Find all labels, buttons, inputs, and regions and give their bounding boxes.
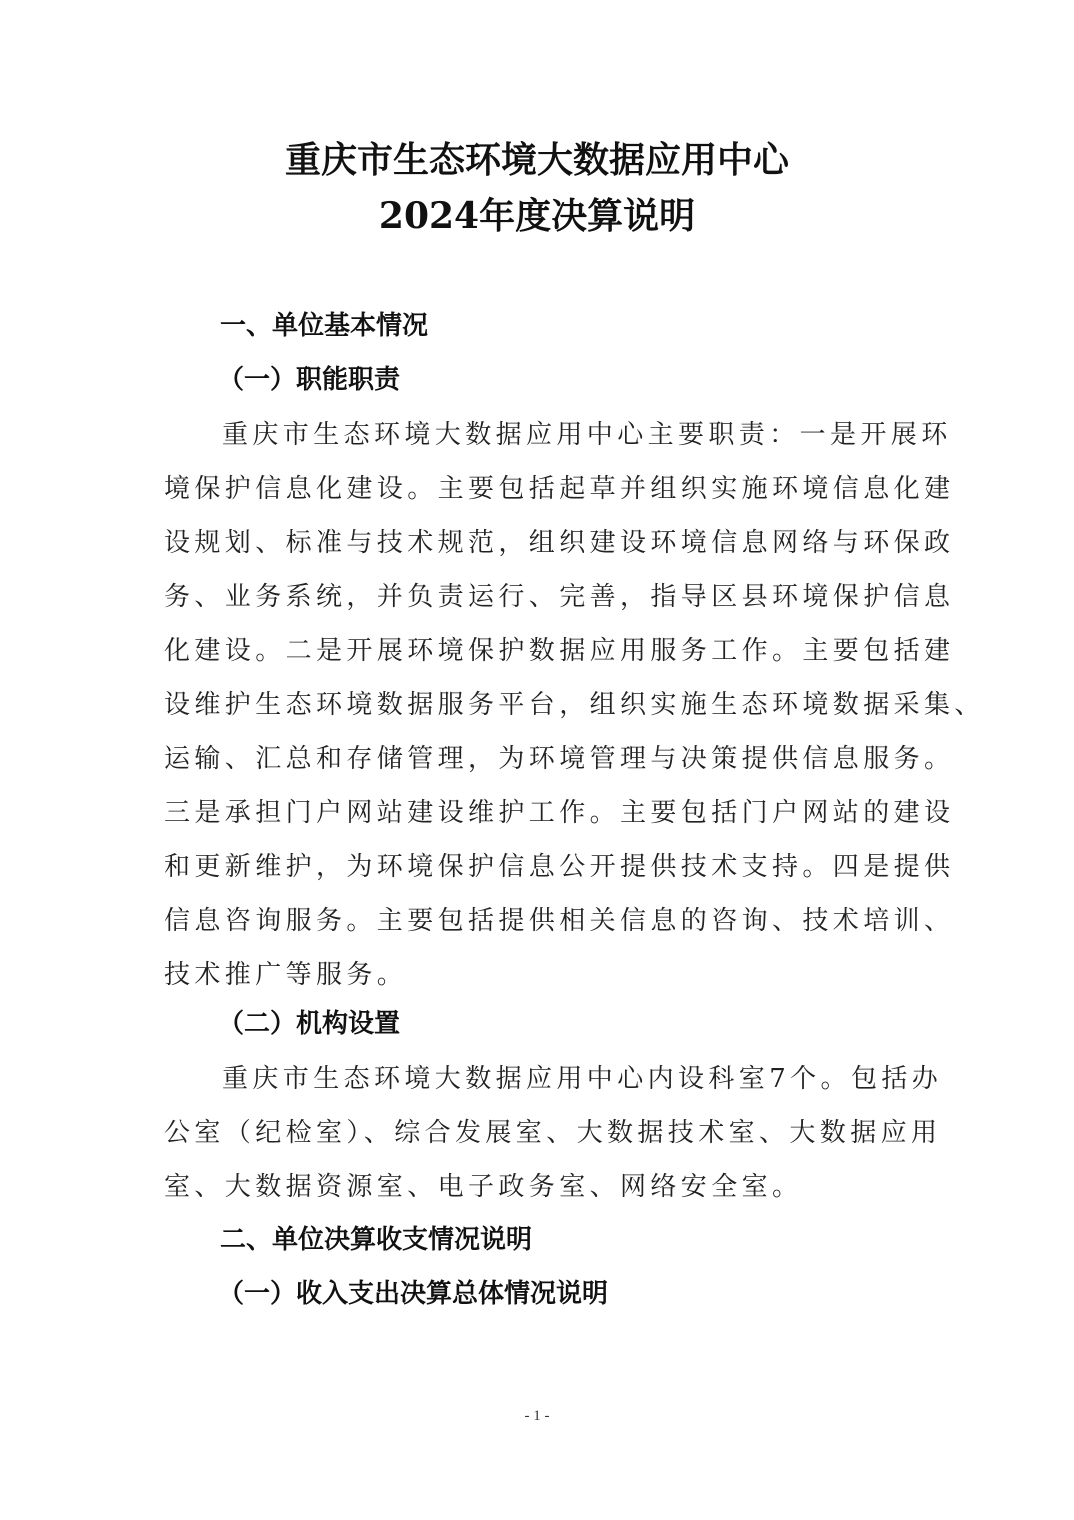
subsection-heading-duties: （一）职能职责 (218, 362, 400, 398)
text-line: 重庆市生态环境大数据应用中心内设科室7个。包括办 (164, 1052, 924, 1106)
text-line: 公室（纪检室）、综合发展室、大数据技术室、大数据应用 (164, 1106, 924, 1160)
text-line: 信息咨询服务。主要包括提供相关信息的咨询、技术培训、 (164, 894, 924, 948)
text-line: 和更新维护，为环境保护信息公开提供技术支持。四是提供 (164, 840, 924, 894)
text-line: 务、业务系统，并负责运行、完善，指导区县环境保护信息 (164, 570, 924, 624)
text-line: 重庆市生态环境大数据应用中心主要职责：一是开展环 (164, 408, 924, 462)
text-line: 境保护信息化建设。主要包括起草并组织实施环境信息化建 (164, 462, 924, 516)
page-number: - 1 - (0, 1408, 1074, 1425)
document-page: 重庆市生态环境大数据应用中心 2024年度决算说明 一、单位基本情况 （一）职能… (0, 0, 1074, 1520)
subsection-heading-organization: （二）机构设置 (218, 1006, 400, 1042)
text-line: 技术推广等服务。 (164, 948, 924, 1002)
paragraph-duties: 重庆市生态环境大数据应用中心主要职责：一是开展环 境保护信息化建设。主要包括起草… (164, 408, 924, 1002)
text-line: 室、大数据资源室、电子政务室、网络安全室。 (164, 1160, 924, 1214)
document-title-line1: 重庆市生态环境大数据应用中心 (0, 134, 1074, 186)
text-line: 设规划、标准与技术规范，组织建设环境信息网络与环保政 (164, 516, 924, 570)
subsection-heading-overall: （一）收入支出决算总体情况说明 (218, 1276, 608, 1312)
document-title-line2: 2024年度决算说明 (0, 190, 1074, 242)
text-line: 化建设。二是开展环境保护数据应用服务工作。主要包括建 (164, 624, 924, 678)
text-line: 设维护生态环境数据服务平台，组织实施生态环境数据采集、 (164, 678, 924, 732)
paragraph-organization: 重庆市生态环境大数据应用中心内设科室7个。包括办 公室（纪检室）、综合发展室、大… (164, 1052, 924, 1214)
text-line: 运输、汇总和存储管理，为环境管理与决策提供信息服务。 (164, 732, 924, 786)
text-line: 三是承担门户网站建设维护工作。主要包括门户网站的建设 (164, 786, 924, 840)
section-heading-budget: 二、单位决算收支情况说明 (220, 1222, 532, 1258)
section-heading-basic-info: 一、单位基本情况 (220, 308, 428, 344)
